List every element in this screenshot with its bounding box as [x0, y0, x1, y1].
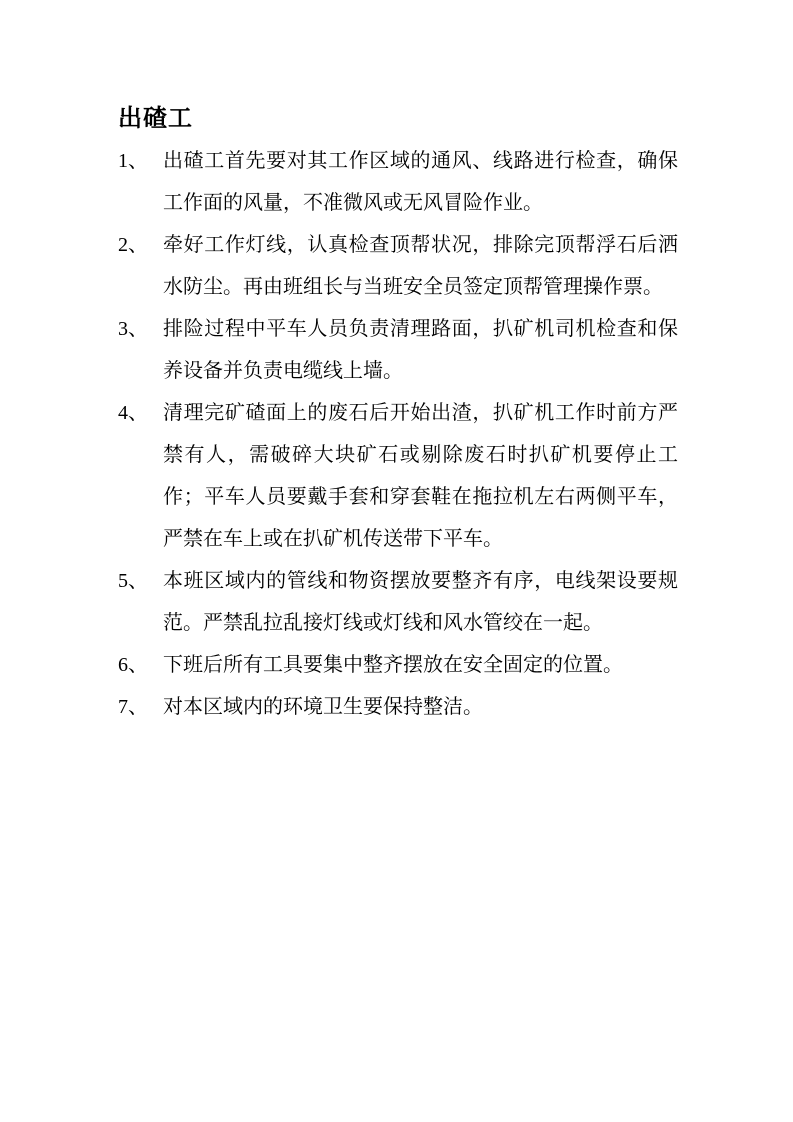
item-number: 4、 [118, 392, 163, 434]
item-number: 6、 [118, 644, 163, 686]
item-text: 本班区域内的管线和物资摆放要整齐有序，电线架设要规范。严禁乱拉乱接灯线或灯线和风… [163, 560, 678, 644]
item-text: 排险过程中平车人员负责清理路面，扒矿机司机检查和保养设备并负责电缆线上墙。 [163, 308, 678, 392]
list-item: 6、 下班后所有工具要集中整齐摆放在安全固定的位置。 [118, 644, 678, 686]
item-text: 清理完矿碴面上的废石后开始出渣，扒矿机工作时前方严禁有人，需破碎大块矿石或剔除废… [163, 392, 678, 560]
item-number: 2、 [118, 224, 163, 266]
item-text: 对本区域内的环境卫生要保持整洁。 [163, 686, 678, 728]
item-text: 下班后所有工具要集中整齐摆放在安全固定的位置。 [163, 644, 678, 686]
item-text: 牵好工作灯线，认真检查顶帮状况，排除完顶帮浮石后洒水防尘。再由班组长与当班安全员… [163, 224, 678, 308]
list-item: 4、 清理完矿碴面上的废石后开始出渣，扒矿机工作时前方严禁有人，需破碎大块矿石或… [118, 392, 678, 560]
item-text: 出碴工首先要对其工作区域的通风、线路进行检查，确保工作面的风量，不准微风或无风冒… [163, 140, 678, 224]
item-list: 1、 出碴工首先要对其工作区域的通风、线路进行检查，确保工作面的风量，不准微风或… [118, 140, 678, 728]
document-body: 出碴工 1、 出碴工首先要对其工作区域的通风、线路进行检查，确保工作面的风量，不… [118, 98, 678, 728]
document-page: 出碴工 1、 出碴工首先要对其工作区域的通风、线路进行检查，确保工作面的风量，不… [0, 0, 793, 1122]
list-item: 2、 牵好工作灯线，认真检查顶帮状况，排除完顶帮浮石后洒水防尘。再由班组长与当班… [118, 224, 678, 308]
item-number: 7、 [118, 686, 163, 728]
list-item: 1、 出碴工首先要对其工作区域的通风、线路进行检查，确保工作面的风量，不准微风或… [118, 140, 678, 224]
list-item: 7、 对本区域内的环境卫生要保持整洁。 [118, 686, 678, 728]
list-item: 5、 本班区域内的管线和物资摆放要整齐有序，电线架设要规范。严禁乱拉乱接灯线或灯… [118, 560, 678, 644]
item-number: 1、 [118, 140, 163, 182]
list-item: 3、 排险过程中平车人员负责清理路面，扒矿机司机检查和保养设备并负责电缆线上墙。 [118, 308, 678, 392]
item-number: 5、 [118, 560, 163, 602]
document-title: 出碴工 [118, 98, 678, 140]
item-number: 3、 [118, 308, 163, 350]
